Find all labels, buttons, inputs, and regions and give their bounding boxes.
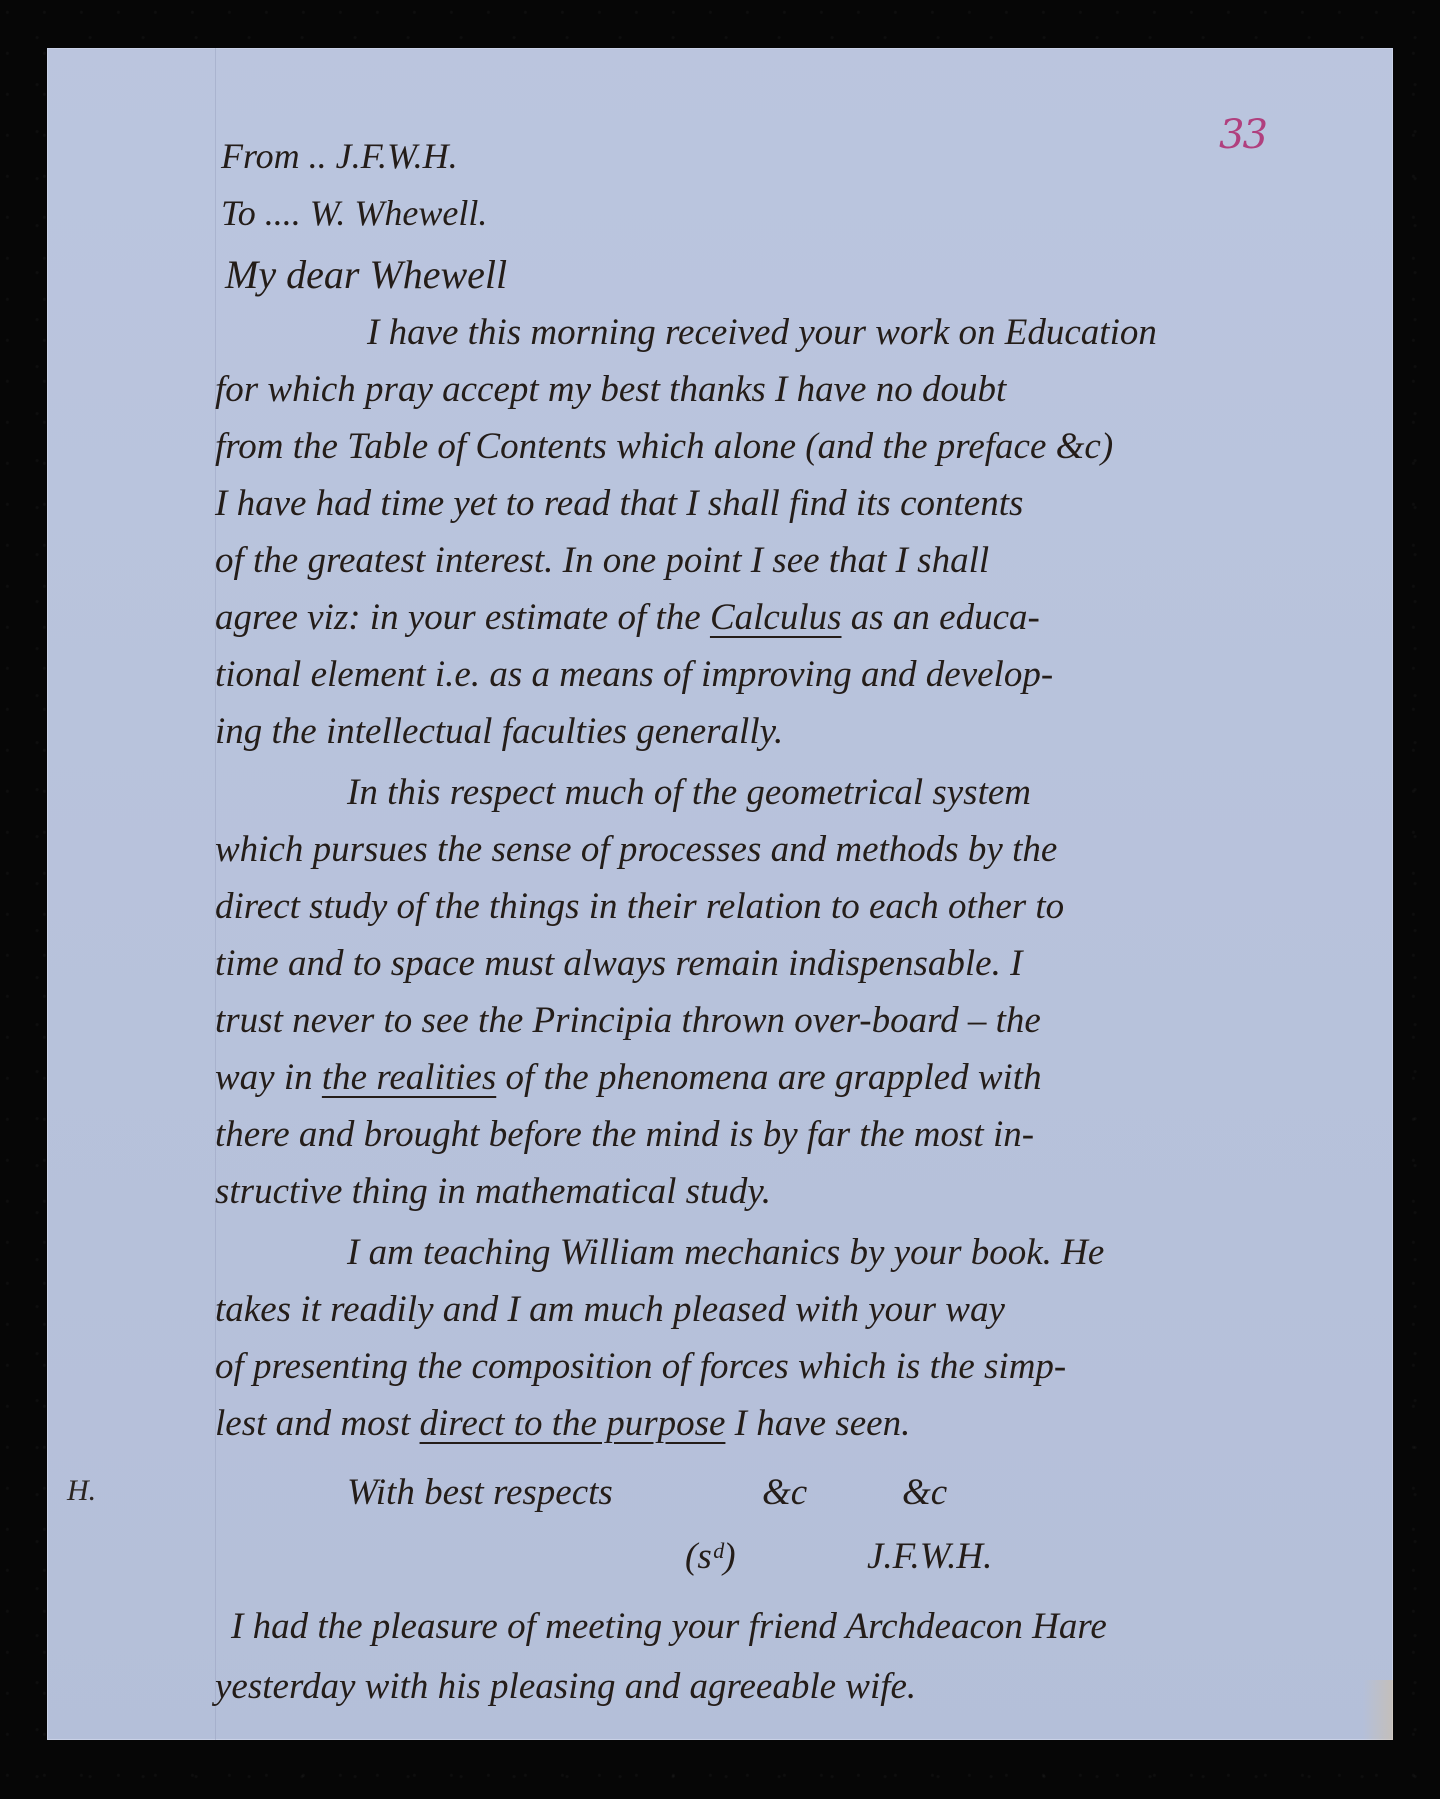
body-line: way in the realities of the phenomena ar… xyxy=(215,1059,1042,1096)
underlined-phrase-the-realities: the realities xyxy=(322,1057,496,1098)
body-line: for which pray accept my best thanks I h… xyxy=(215,371,1006,408)
body-line: of presenting the composition of forces … xyxy=(215,1348,1066,1385)
line-text: as an educa- xyxy=(851,597,1040,638)
underlined-word-calculus: Calculus xyxy=(710,597,842,638)
signature: J.F.W.H. xyxy=(867,1538,992,1575)
etcetera-mark: &c xyxy=(762,1474,807,1511)
body-line: I have had time yet to read that I shall… xyxy=(215,485,1023,522)
body-line: tional element i.e. as a means of improv… xyxy=(215,656,1053,693)
header-from: From .. J.F.W.H. xyxy=(221,138,458,174)
body-line: of the greatest interest. In one point I… xyxy=(215,542,989,579)
postscript-line: I had the pleasure of meeting your frien… xyxy=(231,1608,1107,1645)
body-line: In this respect much of the geometrical … xyxy=(347,774,1031,811)
salutation: My dear Whewell xyxy=(225,255,507,295)
line-text: agree viz: in your estimate of the xyxy=(215,597,701,638)
body-line: which pursues the sense of processes and… xyxy=(215,831,1057,868)
line-text: of the phenomena are grappled with xyxy=(505,1057,1041,1098)
line-text: way in xyxy=(215,1057,313,1098)
body-line: takes it readily and I am much pleased w… xyxy=(215,1291,1005,1328)
underlined-phrase-direct-to-the-purpose: direct to the purpose xyxy=(420,1403,726,1444)
body-line: there and brought before the mind is by … xyxy=(215,1116,1034,1153)
signed-mark: (sᵈ) xyxy=(685,1538,736,1575)
body-line: structive thing in mathematical study. xyxy=(215,1173,771,1210)
margin-initial: H. xyxy=(67,1474,96,1508)
body-line: I have this morning received your work o… xyxy=(367,314,1157,351)
etcetera-mark: &c xyxy=(902,1474,947,1511)
body-line: from the Table of Contents which alone (… xyxy=(215,428,1113,465)
body-line: lest and most direct to the purpose I ha… xyxy=(215,1405,910,1442)
line-text: I have seen. xyxy=(735,1403,911,1444)
body-line: agree viz: in your estimate of the Calcu… xyxy=(215,599,1040,636)
body-line: ing the intellectual faculties generally… xyxy=(215,713,783,750)
manuscript-page: 33 From .. J.F.W.H. To .... W. Whewell. … xyxy=(47,48,1393,1740)
body-line: I am teaching William mechanics by your … xyxy=(347,1234,1104,1271)
postscript-line: yesterday with his pleasing and agreeabl… xyxy=(215,1668,916,1705)
valediction: With best respects xyxy=(347,1474,613,1511)
body-line: trust never to see the Principia thrown … xyxy=(215,1002,1041,1039)
body-line: direct study of the things in their rela… xyxy=(215,888,1064,925)
line-text: lest and most xyxy=(215,1403,410,1444)
body-line: time and to space must always remain ind… xyxy=(215,945,1022,982)
folio-number: 33 xyxy=(1219,112,1266,158)
header-to: To .... W. Whewell. xyxy=(221,195,487,231)
